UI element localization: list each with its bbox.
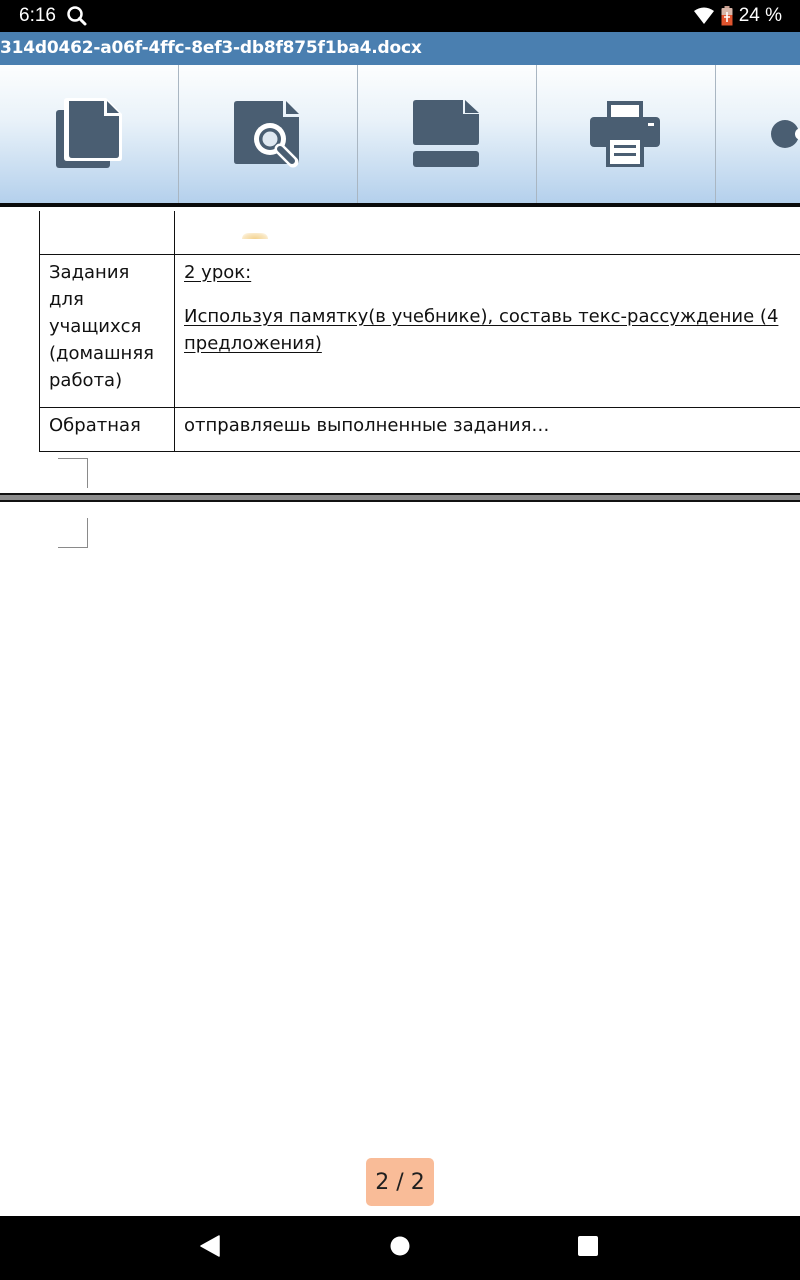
status-time: 6:16 (19, 5, 56, 27)
page-layout-icon (413, 100, 481, 168)
page-margin-corner-mark (58, 518, 88, 548)
back-button[interactable] (170, 1216, 250, 1280)
back-triangle-icon (200, 1235, 220, 1262)
home-button[interactable] (360, 1216, 440, 1280)
homework-task: Используя памятку(в учебнике), составь т… (184, 303, 800, 357)
page-indicator: 2 / 2 (366, 1158, 434, 1206)
table-cell-image (175, 211, 800, 255)
homework-cell: 2 урок: Используя памятку(в учебнике), с… (175, 255, 800, 408)
copy-documents-icon (54, 98, 124, 170)
document-title-bar: 314d0462-a06f-4ffc-8ef3-db8f875f1ba4.doc… (0, 32, 800, 65)
page-layout-button[interactable] (358, 65, 537, 203)
table-row (40, 211, 800, 255)
search-icon (66, 5, 88, 27)
page-margin-corner-mark (58, 458, 88, 488)
copy-documents-button[interactable] (0, 65, 179, 203)
battery-charging-icon (721, 6, 733, 26)
document-search-button[interactable] (179, 65, 358, 203)
recents-square-icon (578, 1236, 598, 1261)
page-separator (0, 493, 800, 502)
home-circle-icon (390, 1236, 410, 1261)
lesson-table: Задания для учащихся (домашняя работа) 2… (39, 211, 800, 452)
share-icon (771, 116, 800, 152)
print-icon (590, 101, 662, 167)
print-button[interactable] (537, 65, 716, 203)
document-search-icon (233, 99, 303, 169)
document-filename: 314d0462-a06f-4ffc-8ef3-db8f875f1ba4.doc… (0, 38, 422, 58)
lesson-heading: 2 урок: (184, 259, 800, 286)
feedback-cell: отправляешь выполненные задания… (175, 408, 800, 452)
battery-percent: 24 % (739, 5, 782, 27)
row-label-feedback: Обратная (40, 408, 175, 452)
recents-button[interactable] (548, 1216, 628, 1280)
share-button[interactable] (716, 65, 800, 203)
status-bar: 6:16 24 % (0, 0, 800, 32)
document-viewer[interactable]: Задания для учащихся (домашняя работа) 2… (0, 211, 800, 1216)
wifi-icon (693, 7, 715, 25)
system-nav-bar (0, 1216, 800, 1280)
toolbar (0, 65, 800, 207)
row-label-homework: Задания для учащихся (домашняя работа) (40, 255, 175, 408)
table-row: Обратная отправляешь выполненные задания… (40, 408, 800, 452)
table-cell-empty (40, 211, 175, 255)
image-fragment (242, 233, 268, 239)
table-row: Задания для учащихся (домашняя работа) 2… (40, 255, 800, 408)
page-indicator-label: 2 / 2 (375, 1170, 424, 1195)
